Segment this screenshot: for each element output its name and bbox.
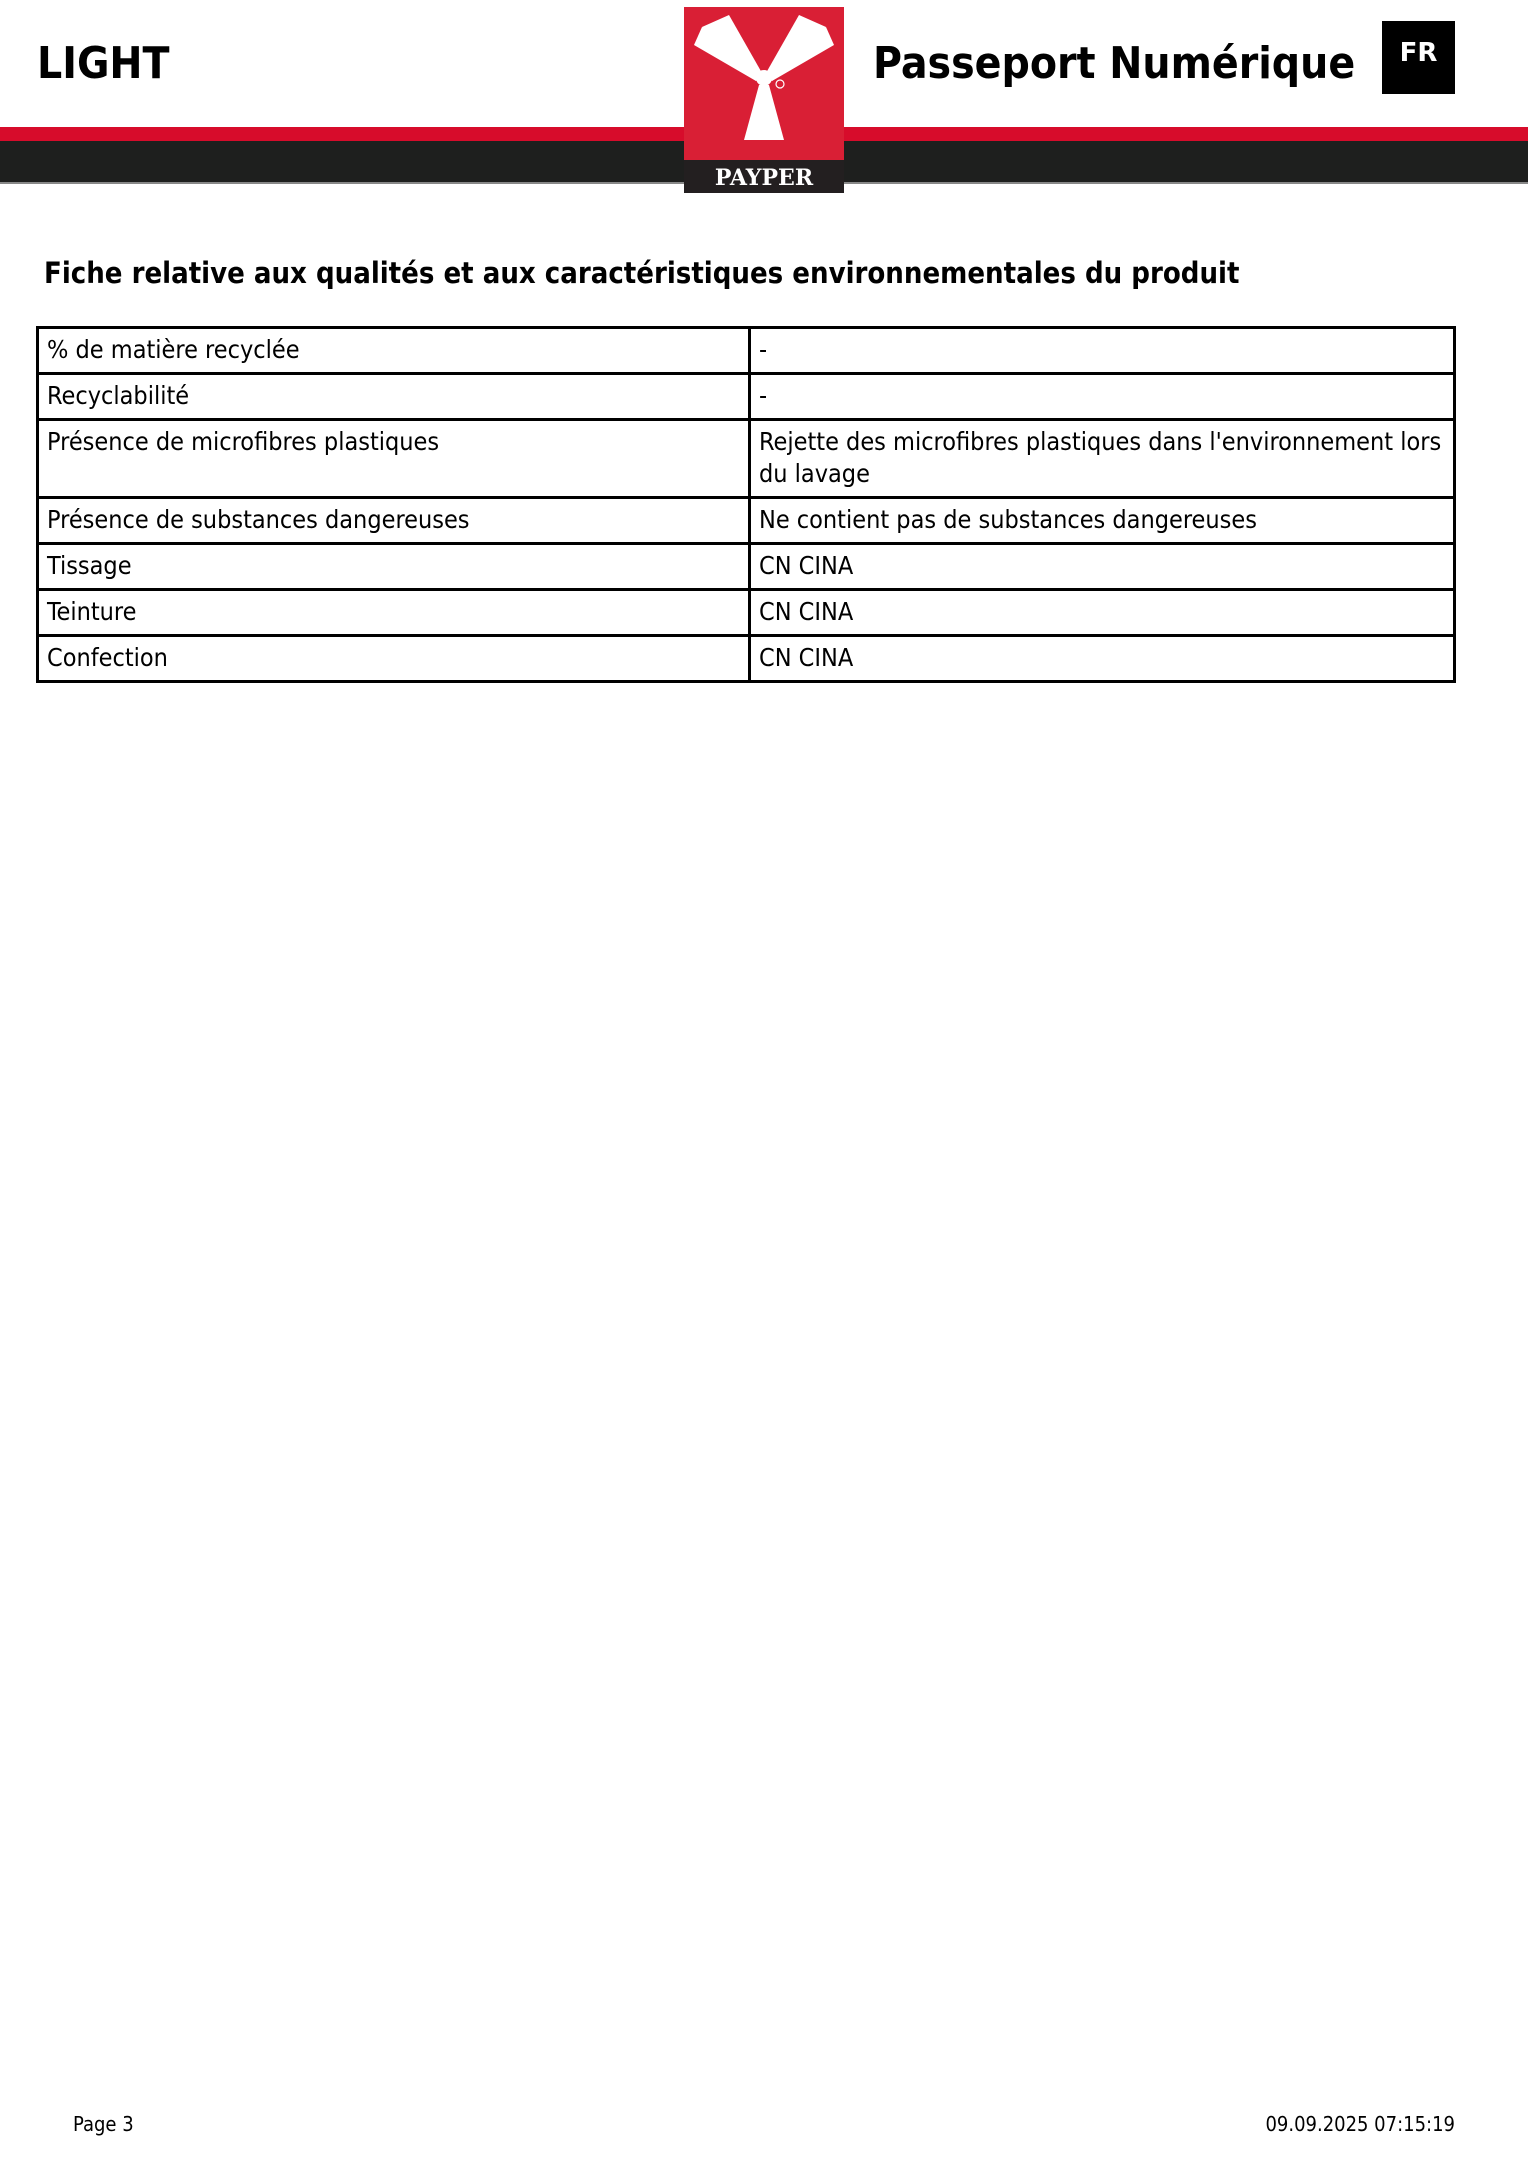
property-value: - <box>750 328 1455 374</box>
table-row: Recyclabilité- <box>38 374 1455 420</box>
property-label: Confection <box>38 636 750 682</box>
table-row: Présence de microfibres plastiquesRejett… <box>38 420 1455 498</box>
property-value: CN CINA <box>750 544 1455 590</box>
property-label: Présence de substances dangereuses <box>38 498 750 544</box>
table-row: % de matière recyclée- <box>38 328 1455 374</box>
property-value: CN CINA <box>750 590 1455 636</box>
section-heading: Fiche relative aux qualités et aux carac… <box>44 256 1239 290</box>
property-value: - <box>750 374 1455 420</box>
language-badge[interactable]: FR <box>1382 21 1455 94</box>
property-value: Ne contient pas de substances dangereuse… <box>750 498 1455 544</box>
property-label: Teinture <box>38 590 750 636</box>
property-value: Rejette des microfibres plastiques dans … <box>750 420 1455 498</box>
table-row: Présence de substances dangereusesNe con… <box>38 498 1455 544</box>
property-value: CN CINA <box>750 636 1455 682</box>
page-number: Page 3 <box>73 2112 134 2136</box>
property-label: % de matière recyclée <box>38 328 750 374</box>
property-label: Tissage <box>38 544 750 590</box>
product-name: LIGHT <box>37 38 170 89</box>
property-label: Recyclabilité <box>38 374 750 420</box>
svg-text:PAYPER: PAYPER <box>715 165 814 191</box>
print-timestamp: 09.09.2025 07:15:19 <box>1265 2112 1455 2136</box>
environmental-properties-table: % de matière recyclée-Recyclabilité-Prés… <box>36 326 1456 683</box>
payper-logo: PAYPER <box>684 7 844 193</box>
document-title: Passeport Numérique <box>873 38 1355 89</box>
table-row: TeintureCN CINA <box>38 590 1455 636</box>
table-row: TissageCN CINA <box>38 544 1455 590</box>
windmill-logo-icon: PAYPER <box>684 7 844 193</box>
property-label: Présence de microfibres plastiques <box>38 420 750 498</box>
language-label: FR <box>1400 38 1438 68</box>
table-row: ConfectionCN CINA <box>38 636 1455 682</box>
